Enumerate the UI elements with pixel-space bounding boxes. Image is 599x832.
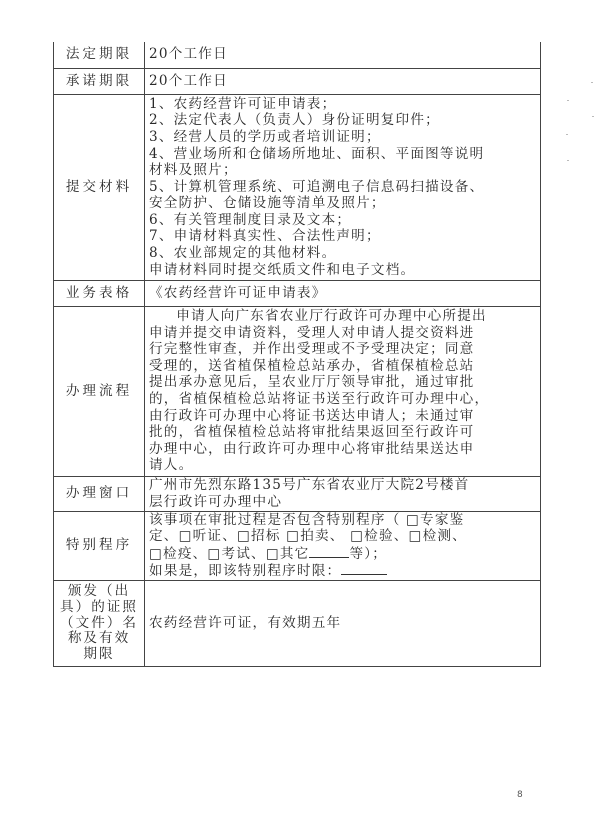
other-blank-field (309, 545, 349, 558)
window-address-line: 广州市先烈东路135号广东省农业厅大院2号楼首 (149, 477, 536, 494)
row-service-window: 办理窗口 广州市先烈东路135号广东省农业厅大院2号楼首 层行政许可办理中心 (54, 476, 541, 511)
process-line: 由行政许可办理中心将证书送达申请人；未通过审 (149, 408, 536, 425)
label-line: 颁发（出 (56, 584, 142, 600)
material-note: 申请材料同时提交纸质文件和电子文档。 (149, 262, 536, 279)
process-line: 办理中心，由行政许可办理中心将审批结果送达申 (149, 441, 536, 458)
value-process: 申请人向广东省农业厅行政许可办理中心所提出 申请并提交申请资料，受理人对申请人提… (145, 306, 541, 476)
label-promised-deadline: 承诺期限 (54, 68, 145, 94)
value-promised-deadline: 20个工作日 (145, 68, 541, 94)
value-legal-deadline: 20个工作日 (145, 42, 541, 68)
row-special-procedure: 特别程序 该事项在审批过程是否包含特别程序（ □专家鉴 定、□听证、□招标 □拍… (54, 511, 541, 580)
procedure-line: 如果是，即该特别程序时限： (149, 562, 536, 580)
label-service-window: 办理窗口 (54, 476, 145, 511)
scan-speck (567, 100, 569, 101)
process-line: 受理的，送省植保植检总站承办，省植保植检总站 (149, 358, 536, 375)
value-certificate: 农药经营许可证，有效期五年 (145, 580, 541, 666)
scan-speck (591, 82, 593, 83)
service-info-table: 法定期限 20个工作日 承诺期限 20个工作日 提交材料 1、农药经营许可证申请… (53, 42, 541, 667)
label-certificate: 颁发（出 具）的证照 （文件）名 称及有效 期限 (54, 580, 145, 666)
row-certificate: 颁发（出 具）的证照 （文件）名 称及有效 期限 农药经营许可证，有效期五年 (54, 580, 541, 666)
process-line: 的，省植保植检总站将证书送至行政许可办理中心， (149, 391, 536, 408)
material-item: 3、经营人员的学历或者培训证明； (149, 129, 536, 146)
process-line: 申请人向广东省农业厅行政许可办理中心所提出 (149, 308, 536, 325)
label-submit-materials: 提交材料 (54, 94, 145, 280)
value-business-form: 《农药经营许可证申请表》 (145, 280, 541, 306)
procedure-options-end: 等）； (349, 546, 387, 562)
material-item-cont: 安全防护、仓储设施等清单及照片； (149, 195, 536, 212)
process-line: 提出承办意见后，呈农业厅厅领导审批，通过审批 (149, 374, 536, 391)
scan-speck (592, 116, 594, 117)
material-item: 2、法定代表人（负责人）身份证明复印件； (149, 112, 536, 129)
process-line: 行完整性审查，并作出受理或不予受理决定；同意 (149, 341, 536, 358)
label-business-form: 业务表格 (54, 280, 145, 306)
label-process: 办理流程 (54, 306, 145, 476)
label-legal-deadline: 法定期限 (54, 42, 145, 68)
page-number: 8 (517, 790, 523, 800)
scan-speck (566, 134, 568, 135)
process-line: 请人。 (149, 457, 536, 474)
row-process: 办理流程 申请人向广东省农业厅行政许可办理中心所提出 申请并提交申请资料，受理人… (54, 306, 541, 476)
material-item: 6、有关管理制度目录及文本； (149, 212, 536, 229)
row-submit-materials: 提交材料 1、农药经营许可证申请表； 2、法定代表人（负责人）身份证明复印件； … (54, 94, 541, 280)
process-line: 申请并提交申请资料，受理人对申请人提交资料进 (149, 325, 536, 342)
row-business-form: 业务表格 《农药经营许可证申请表》 (54, 280, 541, 306)
procedure-line: □检疫、□考试、□其它等）； (149, 545, 536, 563)
material-item: 4、营业场所和仓储场所地址、面积、平面图等说明 (149, 146, 536, 163)
label-line: 期限 (56, 647, 142, 663)
material-item-cont: 材料及照片； (149, 162, 536, 179)
row-promised-deadline: 承诺期限 20个工作日 (54, 68, 541, 94)
process-line: 批的，省植保植检总站将审批结果返回至行政许可 (149, 424, 536, 441)
value-submit-materials: 1、农药经营许可证申请表； 2、法定代表人（负责人）身份证明复印件； 3、经营人… (145, 94, 541, 280)
material-item: 7、申请材料真实性、合法性声明； (149, 228, 536, 245)
procedure-options-text: □检疫、□考试、□其它 (149, 546, 309, 562)
label-line: 具）的证照 (56, 600, 142, 616)
document-page: 法定期限 20个工作日 承诺期限 20个工作日 提交材料 1、农药经营许可证申请… (0, 0, 599, 832)
material-item: 5、计算机管理系统、可追溯电子信息码扫描设备、 (149, 179, 536, 196)
procedure-line: 该事项在审批过程是否包含特别程序（ □专家鉴 (149, 512, 536, 529)
material-item: 8、农业部规定的其他材料。 (149, 245, 536, 262)
scan-speck (567, 160, 569, 161)
label-line: 称及有效 (56, 631, 142, 647)
window-address-line: 层行政许可办理中心 (149, 494, 536, 511)
row-legal-deadline: 法定期限 20个工作日 (54, 42, 541, 68)
label-line: （文件）名 (56, 616, 142, 632)
time-limit-blank-field (341, 562, 387, 575)
label-special-procedure: 特别程序 (54, 511, 145, 580)
procedure-line: 定、□听证、□招标 □拍卖、 □检验、□检测、 (149, 528, 536, 545)
value-service-window: 广州市先烈东路135号广东省农业厅大院2号楼首 层行政许可办理中心 (145, 476, 541, 511)
time-limit-text: 如果是，即该特别程序时限： (149, 563, 341, 579)
value-special-procedure: 该事项在审批过程是否包含特别程序（ □专家鉴 定、□听证、□招标 □拍卖、 □检… (145, 511, 541, 580)
material-item: 1、农药经营许可证申请表； (149, 96, 536, 113)
